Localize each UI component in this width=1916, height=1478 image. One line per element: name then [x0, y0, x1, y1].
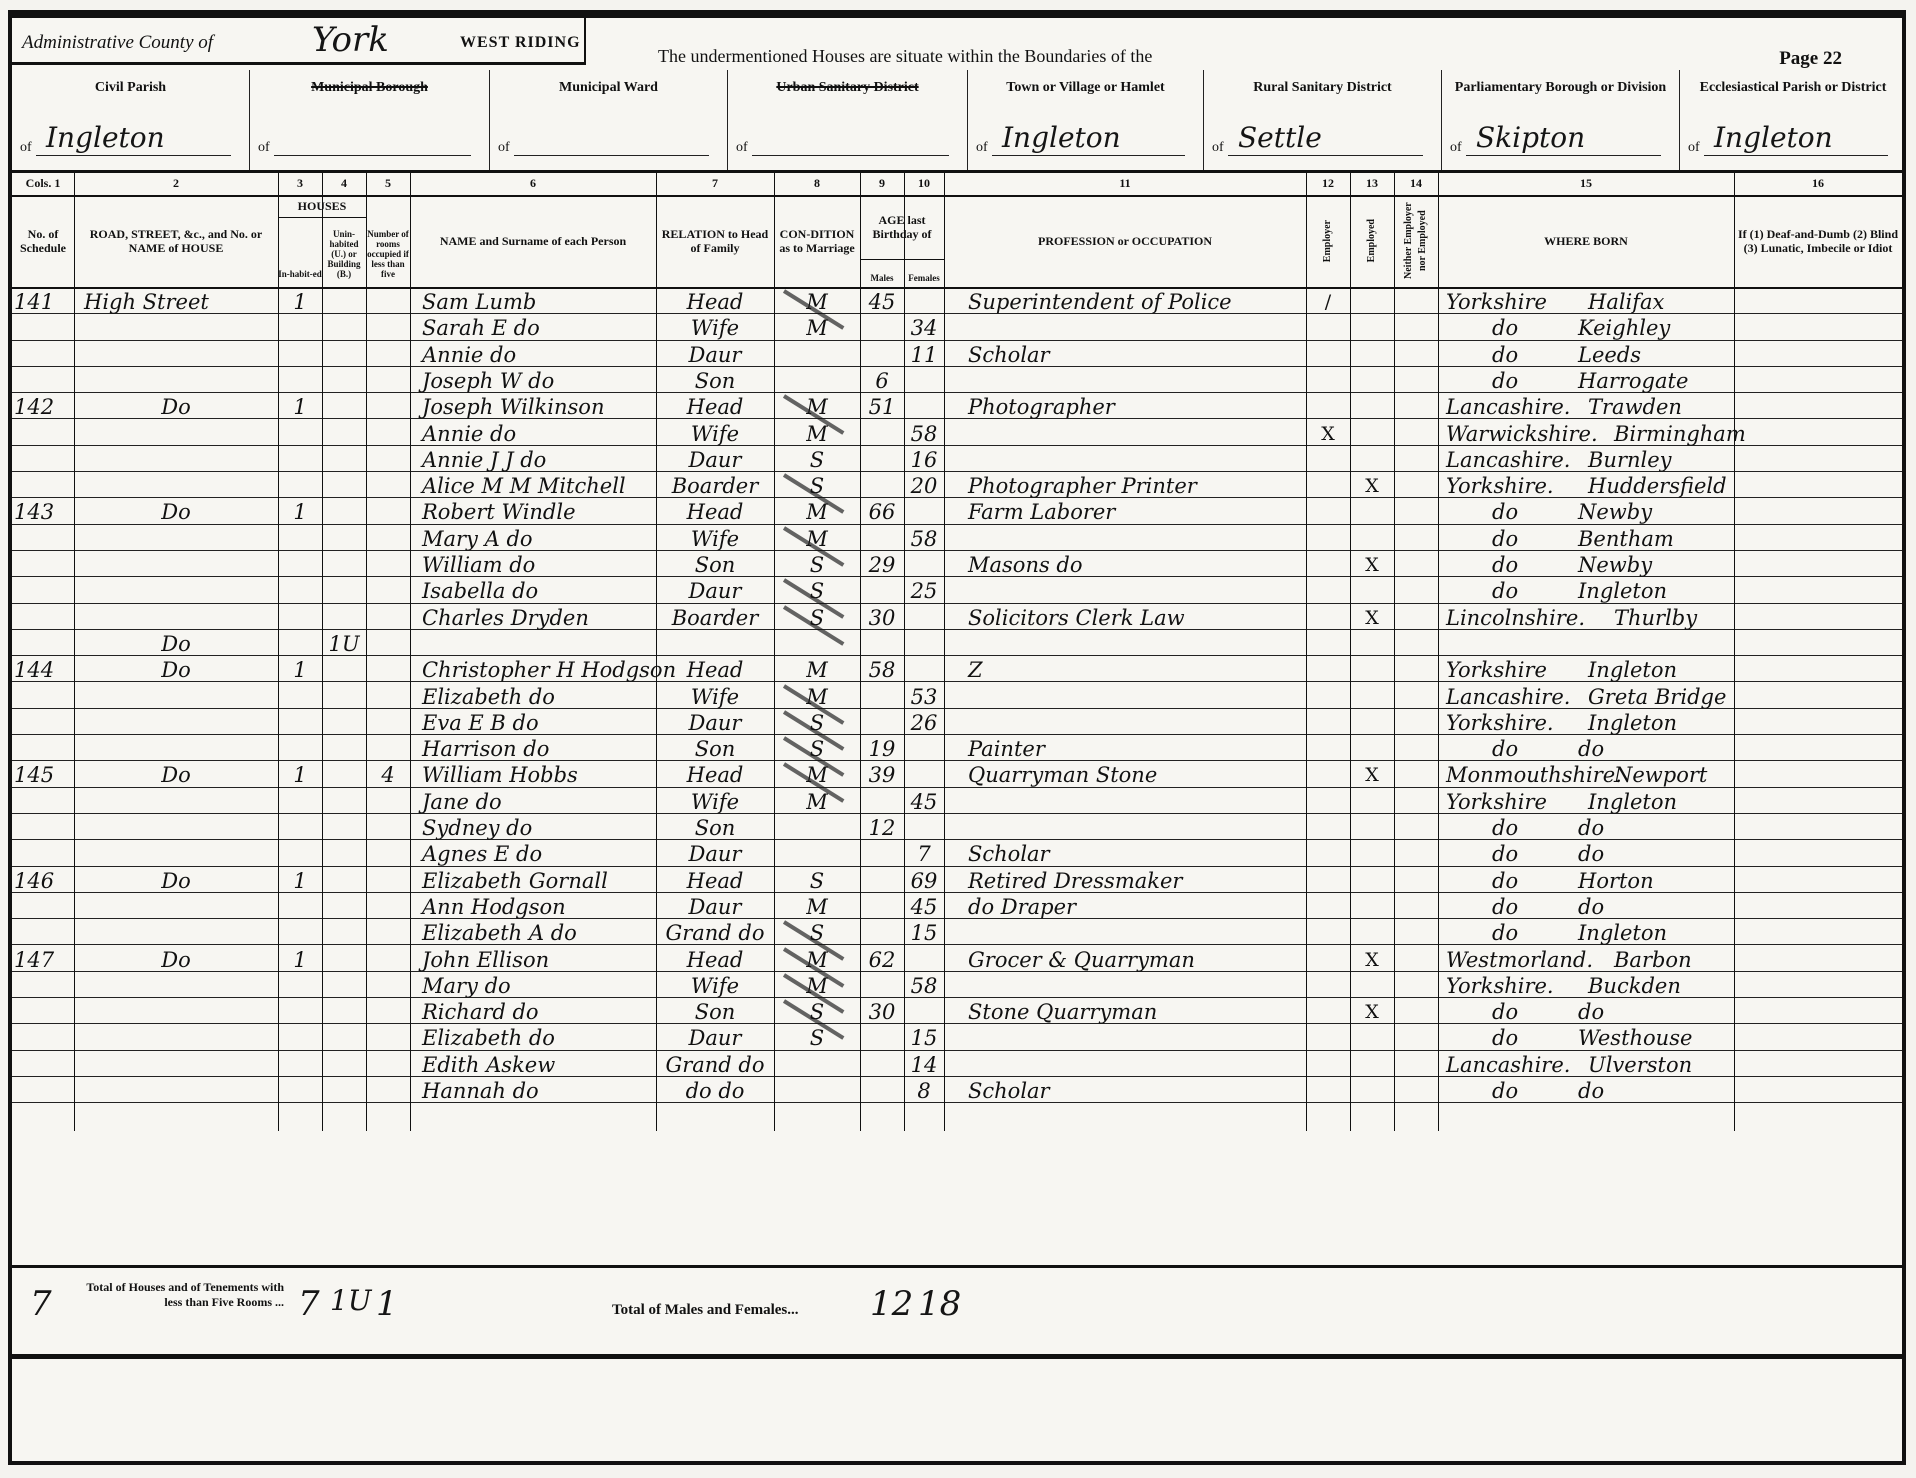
cell-employed: X	[1350, 471, 1394, 497]
cell-relation: Daur	[656, 892, 774, 918]
cell-name: Sydney do	[422, 813, 656, 839]
cell-born-county: do	[1492, 524, 1518, 550]
cell-female-age	[904, 945, 944, 971]
cell-neither	[1394, 1050, 1438, 1076]
cell-occupation	[968, 787, 1306, 813]
table-row: 146Do1Elizabeth GornallHeadS69Retired Dr…	[12, 866, 1902, 893]
header-label: WHERE BORN	[1544, 234, 1628, 248]
total-males: 12	[870, 1284, 913, 1324]
cell-born-place: Newport	[1614, 760, 1707, 786]
cell-employer	[1306, 340, 1350, 366]
boundary-value: Ingleton	[1714, 121, 1833, 154]
column-divider	[278, 173, 279, 1131]
cell-name: Sam Lumb	[422, 287, 656, 313]
cell-road: Do	[84, 655, 268, 681]
cell-male-age	[860, 918, 904, 944]
cell-uninhabited	[322, 971, 366, 997]
cell-employed	[1350, 576, 1394, 602]
table-row: Charles DrydenBoarderS30Solicitors Clerk…	[12, 603, 1902, 630]
cell-male-age	[860, 866, 904, 892]
cell-female-age	[904, 550, 944, 576]
cell-uninhabited	[322, 366, 366, 392]
boundary-cell: Rural Sanitary DistrictofSettle	[1204, 70, 1442, 170]
cell-employed	[1350, 918, 1394, 944]
cell-employer	[1306, 313, 1350, 339]
cell-born-county: do	[1492, 892, 1518, 918]
boundary-cell: Ecclesiastical Parish or DistrictofIngle…	[1680, 70, 1906, 170]
cell-road	[84, 997, 268, 1023]
cell-relation: do do	[656, 1076, 774, 1102]
boundary-underline	[36, 155, 231, 156]
cell-rooms	[366, 734, 410, 760]
cell-name: William Hobbs	[422, 760, 656, 786]
cell-employed	[1350, 971, 1394, 997]
cell-occupation: Z	[968, 655, 1306, 681]
cell-condition	[774, 366, 860, 392]
cell-relation: Boarder	[656, 471, 774, 497]
cell-uninhabited	[322, 340, 366, 366]
cell-born-county: Yorkshire.	[1446, 971, 1554, 997]
cell-neither	[1394, 1076, 1438, 1102]
cell-schedule	[14, 576, 74, 602]
cell-uninhabited	[322, 313, 366, 339]
cell-infirmity	[1734, 734, 1902, 760]
cell-rooms	[366, 918, 410, 944]
cell-employer	[1306, 787, 1350, 813]
cell-occupation: Scholar	[968, 1076, 1306, 1102]
header-rooms: Number of rooms occupied if less than fi…	[366, 195, 410, 287]
cell-employer	[1306, 550, 1350, 576]
cell-road	[84, 445, 268, 471]
boundary-of-label: of	[736, 140, 748, 156]
cell-inhabited	[278, 813, 322, 839]
cell-employer	[1306, 918, 1350, 944]
cell-infirmity	[1734, 892, 1902, 918]
cell-employer	[1306, 524, 1350, 550]
cell-uninhabited	[322, 787, 366, 813]
cell-employed	[1350, 340, 1394, 366]
table-row: 147Do1John EllisonHeadM62Grocer & Quarry…	[12, 945, 1902, 972]
cell-name: Joseph W do	[422, 366, 656, 392]
boundary-of-label: of	[1212, 140, 1224, 156]
cell-female-age: 15	[904, 918, 944, 944]
cell-employed	[1350, 787, 1394, 813]
cell-female-age: 34	[904, 313, 944, 339]
table-row: Edith AskewGrand do14Lancashire.Ulversto…	[12, 1050, 1902, 1077]
cell-female-age: 26	[904, 708, 944, 734]
boundary-value: Skipton	[1476, 121, 1585, 154]
table-row: Annie doDaur11ScholardoLeeds	[12, 340, 1902, 367]
cell-name: Ann Hodgson	[422, 892, 656, 918]
cell-name: Edith Askew	[422, 1050, 656, 1076]
cell-condition: S	[774, 1023, 860, 1049]
cell-name: Joseph Wilkinson	[422, 392, 656, 418]
cell-inhabited	[278, 708, 322, 734]
cell-relation: Daur	[656, 839, 774, 865]
cell-name: Richard do	[422, 997, 656, 1023]
cell-rooms	[366, 708, 410, 734]
column-divider	[1734, 173, 1735, 1131]
cell-name: John Ellison	[422, 945, 656, 971]
cell-schedule	[14, 550, 74, 576]
table-row: Eva E B doDaurS26Yorkshire.Ingleton	[12, 708, 1902, 735]
cell-inhabited	[278, 471, 322, 497]
cell-born-county: do	[1492, 550, 1518, 576]
cell-infirmity	[1734, 839, 1902, 865]
cell-name: Mary A do	[422, 524, 656, 550]
cell-infirmity	[1734, 787, 1902, 813]
cell-employer	[1306, 682, 1350, 708]
cell-female-age: 25	[904, 576, 944, 602]
cell-neither	[1394, 655, 1438, 681]
cell-occupation	[968, 682, 1306, 708]
boundary-value: Settle	[1238, 121, 1322, 154]
cell-neither	[1394, 918, 1438, 944]
boundary-of-label: of	[20, 140, 32, 156]
cell-schedule	[14, 1023, 74, 1049]
cell-condition	[774, 629, 860, 655]
table-row: William doSonS29Masons doXdoNewby	[12, 550, 1902, 577]
cell-uninhabited	[322, 550, 366, 576]
cell-rooms	[366, 392, 410, 418]
cell-employer	[1306, 603, 1350, 629]
column-divider	[410, 173, 411, 1131]
cell-female-age: 69	[904, 866, 944, 892]
cell-inhabited	[278, 524, 322, 550]
cell-born-county: Lincolnshire.	[1446, 603, 1585, 629]
cell-born-place: Birmingham	[1614, 419, 1746, 445]
cell-employed	[1350, 419, 1394, 445]
cell-neither	[1394, 682, 1438, 708]
total-schedules: 7	[30, 1284, 52, 1324]
cell-uninhabited	[322, 497, 366, 523]
cell-employed: X	[1350, 997, 1394, 1023]
cell-rooms	[366, 445, 410, 471]
header-neither: Neither Employer nor Employed	[1394, 195, 1438, 287]
cell-rooms	[366, 787, 410, 813]
boundary-label: Ecclesiastical Parish or District	[1680, 80, 1906, 96]
cell-neither	[1394, 629, 1438, 655]
cell-condition	[774, 340, 860, 366]
cell-employed	[1350, 708, 1394, 734]
totals-row: 7 Total of Houses and of Tenements with …	[12, 1265, 1902, 1359]
cell-employer	[1306, 392, 1350, 418]
cell-born-place: Thurlby	[1614, 603, 1697, 629]
cell-born-place: Huddersfield	[1588, 471, 1727, 497]
cell-rooms: 4	[366, 760, 410, 786]
cell-schedule	[14, 892, 74, 918]
cell-road: Do	[84, 945, 268, 971]
cell-neither	[1394, 1023, 1438, 1049]
cell-employed	[1350, 813, 1394, 839]
cell-male-age	[860, 524, 904, 550]
column-number: 13	[1350, 176, 1394, 191]
cell-occupation	[968, 445, 1306, 471]
cell-name: Agnes E do	[422, 839, 656, 865]
header-where-born: WHERE BORN	[1438, 195, 1734, 287]
cell-female-age: 16	[904, 445, 944, 471]
cell-born-county: do	[1492, 313, 1518, 339]
cell-born-place: Burnley	[1588, 445, 1672, 471]
cell-inhabited	[278, 576, 322, 602]
cell-born-county: Warwickshire.	[1446, 419, 1598, 445]
cell-name: Elizabeth Gornall	[422, 866, 656, 892]
cell-born-place: do	[1578, 997, 1604, 1023]
cell-rooms	[366, 366, 410, 392]
cell-born-county: Yorkshire	[1446, 655, 1547, 681]
boundary-of-label: of	[258, 140, 270, 156]
cell-employer	[1306, 1023, 1350, 1049]
cell-infirmity	[1734, 340, 1902, 366]
header-employer: Employer	[1306, 195, 1350, 287]
column-number: 3	[278, 176, 322, 191]
cell-road	[84, 787, 268, 813]
cell-neither	[1394, 734, 1438, 760]
cell-male-age	[860, 471, 904, 497]
header-label: Employer	[1321, 220, 1335, 262]
column-number: 4	[322, 176, 366, 191]
cell-male-age	[860, 1076, 904, 1102]
cell-employed: X	[1350, 550, 1394, 576]
cell-condition: M	[774, 892, 860, 918]
cell-employer	[1306, 971, 1350, 997]
cell-employer	[1306, 1076, 1350, 1102]
cell-born-place: Westhouse	[1578, 1023, 1692, 1049]
cell-relation: Daur	[656, 576, 774, 602]
cell-uninhabited	[322, 892, 366, 918]
column-divider	[860, 173, 861, 1131]
cell-employed	[1350, 655, 1394, 681]
cell-road	[84, 419, 268, 445]
cell-road	[84, 340, 268, 366]
boundary-cell: Municipal Boroughof	[250, 70, 490, 170]
cell-neither	[1394, 945, 1438, 971]
cell-road	[84, 1076, 268, 1102]
boundary-label: Municipal Borough	[250, 80, 489, 96]
cell-infirmity	[1734, 471, 1902, 497]
column-divider	[774, 173, 775, 1131]
cell-condition: S	[774, 866, 860, 892]
cell-infirmity	[1734, 392, 1902, 418]
cell-infirmity	[1734, 576, 1902, 602]
cell-relation	[656, 629, 774, 655]
cell-neither	[1394, 419, 1438, 445]
cell-occupation: Photographer Printer	[968, 471, 1306, 497]
cell-born-place: Keighley	[1578, 313, 1670, 339]
cell-male-age: 51	[860, 392, 904, 418]
cell-occupation	[968, 629, 1306, 655]
cell-employer	[1306, 945, 1350, 971]
cell-born-county: do	[1492, 340, 1518, 366]
cell-road: Do	[84, 497, 268, 523]
cell-inhabited	[278, 971, 322, 997]
cell-neither	[1394, 366, 1438, 392]
cell-infirmity	[1734, 708, 1902, 734]
cell-schedule: 143	[14, 497, 74, 523]
cell-schedule	[14, 682, 74, 708]
cell-schedule: 145	[14, 760, 74, 786]
cell-employer	[1306, 813, 1350, 839]
cell-relation: Daur	[656, 1023, 774, 1049]
column-divider	[1306, 173, 1307, 1131]
cell-employer	[1306, 576, 1350, 602]
cell-neither	[1394, 997, 1438, 1023]
cell-born-county: Yorkshire.	[1446, 708, 1554, 734]
column-header-row: No. of ScheduleROAD, STREET, &c., and No…	[12, 195, 1902, 289]
cell-employed: X	[1350, 945, 1394, 971]
boundary-cell: Urban Sanitary Districtof	[728, 70, 968, 170]
cell-road	[84, 682, 268, 708]
cell-road	[84, 892, 268, 918]
cell-infirmity	[1734, 682, 1902, 708]
cell-female-age	[904, 603, 944, 629]
cell-born-county: do	[1492, 497, 1518, 523]
cell-infirmity	[1734, 313, 1902, 339]
boundary-value: Ingleton	[1002, 121, 1121, 154]
cell-employer	[1306, 445, 1350, 471]
cell-employed	[1350, 392, 1394, 418]
column-number: 8	[774, 176, 860, 191]
cell-rooms	[366, 1076, 410, 1102]
cell-employed	[1350, 445, 1394, 471]
cell-relation: Son	[656, 734, 774, 760]
table-row: 143Do1Robert WindleHeadM66Farm Laborerdo…	[12, 497, 1902, 524]
cell-schedule	[14, 340, 74, 366]
cell-inhabited	[278, 997, 322, 1023]
header-label: RELATION to Head of Family	[656, 227, 774, 255]
cell-rooms	[366, 866, 410, 892]
cell-infirmity	[1734, 550, 1902, 576]
cell-relation: Head	[656, 655, 774, 681]
cell-condition: M	[774, 497, 860, 523]
header-condition: CON-DITION as to Marriage	[774, 195, 860, 287]
column-number: 10	[904, 176, 944, 191]
cell-occupation: Grocer & Quarryman	[968, 945, 1306, 971]
cell-name: Annie do	[422, 340, 656, 366]
cell-infirmity	[1734, 629, 1902, 655]
cell-born-place: do	[1578, 839, 1604, 865]
cell-born-county: do	[1492, 918, 1518, 944]
header-road: ROAD, STREET, &c., and No. or NAME of HO…	[74, 195, 278, 287]
cell-road: Do	[84, 760, 268, 786]
cell-neither	[1394, 892, 1438, 918]
cell-uninhabited	[322, 839, 366, 865]
cell-name: William do	[422, 550, 656, 576]
cell-born-county: do	[1492, 813, 1518, 839]
cell-female-age	[904, 734, 944, 760]
header-relation: RELATION to Head of Family	[656, 195, 774, 287]
cell-employed	[1350, 1050, 1394, 1076]
cell-male-age	[860, 892, 904, 918]
cell-uninhabited	[322, 603, 366, 629]
cell-employed: X	[1350, 603, 1394, 629]
table-row: Mary doWifeM58Yorkshire.Buckden	[12, 971, 1902, 998]
cell-schedule: 141	[14, 287, 74, 313]
cell-male-age: 30	[860, 603, 904, 629]
column-divider	[904, 173, 905, 1131]
cell-female-age: 14	[904, 1050, 944, 1076]
cell-relation: Daur	[656, 708, 774, 734]
cell-born-place: Newby	[1578, 550, 1652, 576]
cell-relation: Head	[656, 866, 774, 892]
cell-infirmity	[1734, 445, 1902, 471]
cell-neither	[1394, 392, 1438, 418]
cell-name: Annie do	[422, 419, 656, 445]
cell-schedule	[14, 471, 74, 497]
cell-rooms	[366, 340, 410, 366]
cell-relation: Head	[656, 497, 774, 523]
column-number: Cols. 1	[12, 176, 74, 191]
column-number: 9	[860, 176, 904, 191]
cell-relation: Wife	[656, 419, 774, 445]
cell-neither	[1394, 445, 1438, 471]
cell-neither	[1394, 787, 1438, 813]
cell-born-county: Lancashire.	[1446, 1050, 1570, 1076]
cell-employed	[1350, 524, 1394, 550]
cell-occupation: Photographer	[968, 392, 1306, 418]
cell-schedule	[14, 445, 74, 471]
cell-infirmity	[1734, 760, 1902, 786]
total-females: 18	[918, 1284, 961, 1324]
cell-employer	[1306, 366, 1350, 392]
cell-employed	[1350, 839, 1394, 865]
cell-schedule	[14, 1076, 74, 1102]
table-row: 145Do14William HobbsHeadM39Quarryman Sto…	[12, 760, 1902, 787]
cell-born-county: do	[1492, 366, 1518, 392]
cell-road	[84, 839, 268, 865]
header-schedule: No. of Schedule	[12, 195, 74, 287]
cell-schedule: 146	[14, 866, 74, 892]
cell-road	[84, 813, 268, 839]
cell-rooms	[366, 655, 410, 681]
cell-inhabited: 1	[278, 287, 322, 313]
cell-condition: M	[774, 313, 860, 339]
cell-uninhabited	[322, 471, 366, 497]
cell-schedule: 147	[14, 945, 74, 971]
column-number: 12	[1306, 176, 1350, 191]
cell-rooms	[366, 892, 410, 918]
cell-female-age	[904, 655, 944, 681]
header-label: AGE last Birthday of	[860, 213, 944, 241]
cell-female-age: 7	[904, 839, 944, 865]
cell-relation: Daur	[656, 340, 774, 366]
boundary-cell: Municipal Wardof	[490, 70, 728, 170]
cell-condition	[774, 1050, 860, 1076]
header-label: PROFESSION or OCCUPATION	[1038, 234, 1212, 248]
cell-condition: S	[774, 445, 860, 471]
boundary-of-label: of	[1688, 140, 1700, 156]
cell-infirmity	[1734, 1023, 1902, 1049]
cell-infirmity	[1734, 971, 1902, 997]
cell-neither	[1394, 471, 1438, 497]
cell-name: Elizabeth do	[422, 682, 656, 708]
column-divider	[1438, 173, 1439, 1131]
cell-schedule	[14, 629, 74, 655]
boundary-of-label: of	[1450, 140, 1462, 156]
cell-neither	[1394, 813, 1438, 839]
column-divider	[74, 173, 75, 1131]
cell-road	[84, 1023, 268, 1049]
column-divider	[944, 173, 945, 1131]
cell-uninhabited	[322, 392, 366, 418]
cell-relation: Head	[656, 287, 774, 313]
cell-born-county: do	[1492, 839, 1518, 865]
cell-neither	[1394, 550, 1438, 576]
cell-schedule: 144	[14, 655, 74, 681]
cell-schedule	[14, 787, 74, 813]
cell-neither	[1394, 576, 1438, 602]
table-row: Sydney doSon12dodo	[12, 813, 1902, 840]
